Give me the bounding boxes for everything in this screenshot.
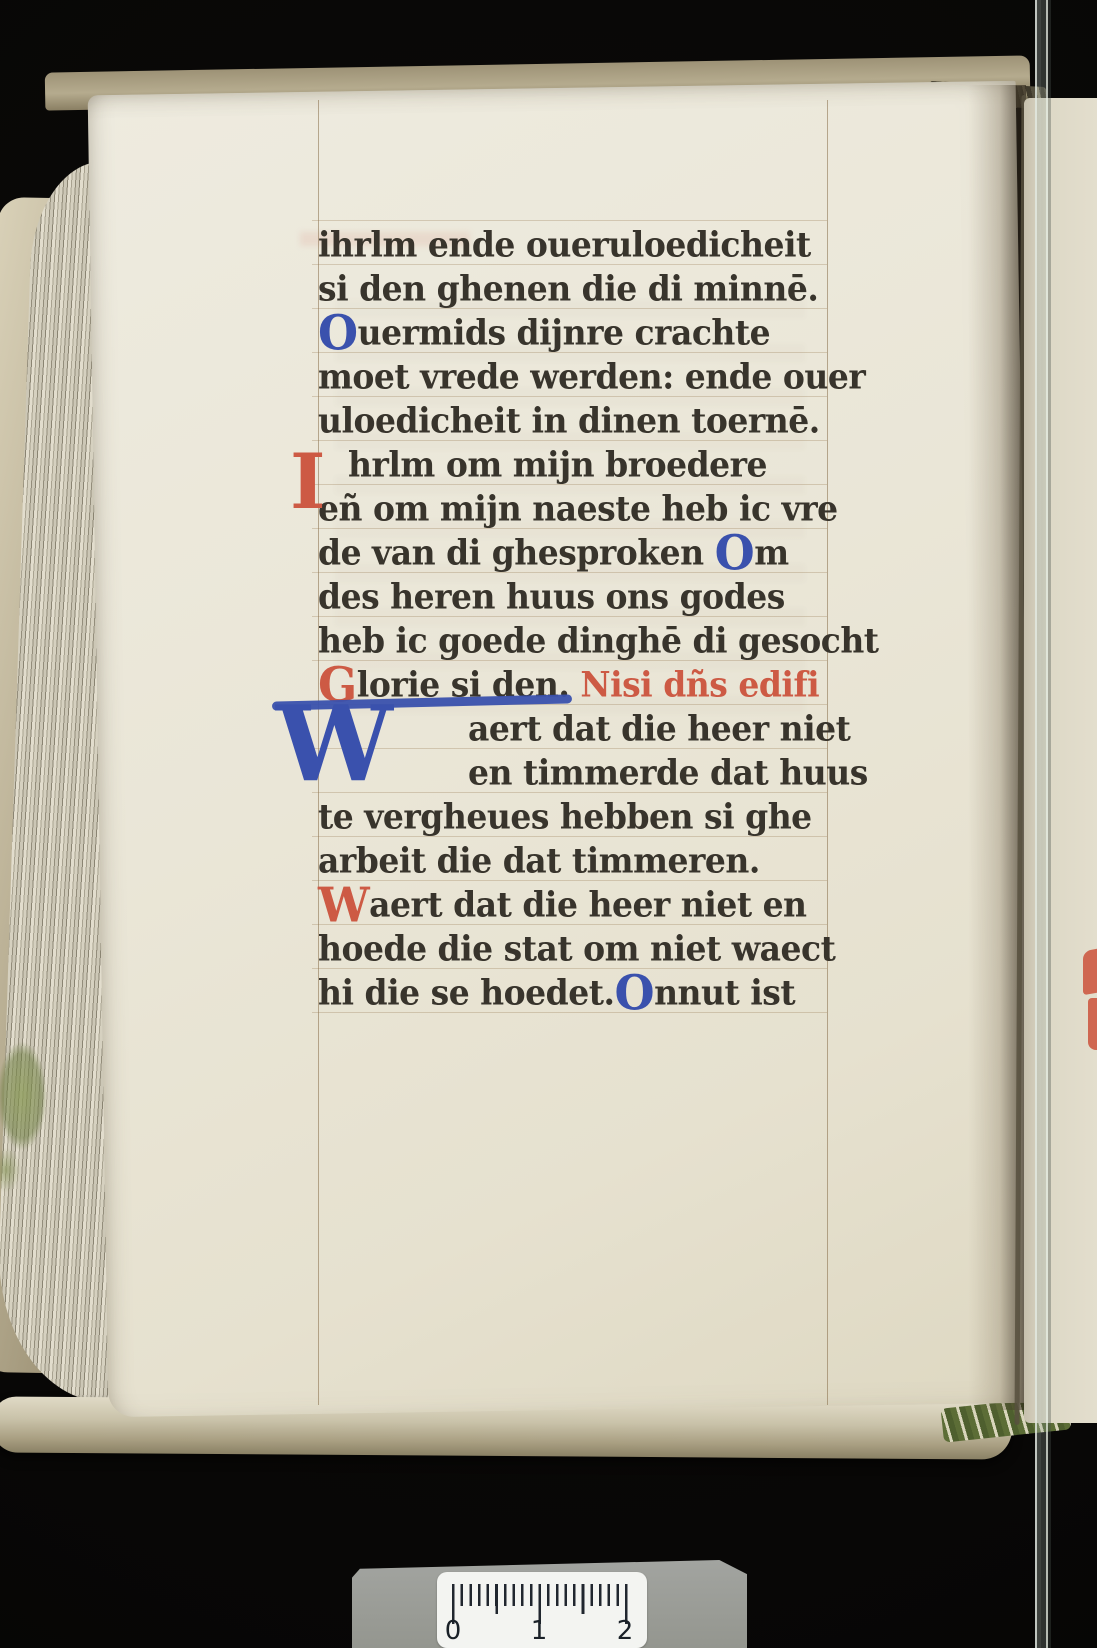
manuscript-text-segment: moet vrede werden: ende ouer: [318, 356, 865, 397]
manuscript-line: hoede die stat om niet waect: [318, 926, 833, 972]
illuminated-initial-i: I: [290, 436, 326, 528]
text-block: ihrlm ende oueruloedicheitsi den ghenen …: [318, 222, 833, 1014]
manuscript-line: hrlm om mijn broedere: [318, 442, 833, 488]
manuscript-line: en timmerde dat huus: [318, 750, 833, 796]
manuscript-text-segment: hrlm om mijn broedere: [348, 444, 767, 485]
ruler-sticker: 0 1 2: [437, 1572, 647, 1648]
manuscript-line: si den ghenen die di minnē.: [318, 266, 833, 312]
manuscript-line: te vergheues hebben si ghe: [318, 794, 833, 840]
manuscript-text-segment: de van di ghesproken: [318, 532, 715, 573]
illuminated-initial-w: W: [276, 684, 393, 804]
manuscript-text-segment: si den ghenen die di minnē.: [318, 268, 818, 309]
manuscript-line: eñ om mijn naeste heb ic vre: [318, 486, 833, 532]
manuscript-text-segment: aert dat die heer niet en: [369, 884, 806, 925]
manuscript-text-segment: en timmerde dat huus: [468, 752, 868, 793]
manuscript-line: arbeit die dat timmeren.: [318, 838, 833, 884]
scale-bar-card: 0 1 2: [352, 1560, 747, 1648]
manuscript-text-segment: eñ om mijn naeste heb ic vre: [318, 488, 838, 529]
manuscript-line: ihrlm ende oueruloedicheit: [318, 222, 833, 268]
illuminated-initial: O: [715, 530, 755, 576]
ruler-label-1: 1: [526, 1616, 552, 1646]
manuscript-line: de van di ghesproken Om: [318, 530, 833, 576]
manuscript-line: uloedicheit in dinen toernē.: [318, 398, 833, 444]
illuminated-initial: O: [318, 310, 358, 356]
manuscript-line: Waert dat die heer niet en: [318, 882, 833, 928]
facing-page-red-initial-fragment: [1083, 949, 1097, 995]
manuscript-line: hi die se hoedet.Onnut ist: [318, 970, 833, 1016]
manuscript-text-segment: uermids dijnre crachte: [358, 312, 771, 353]
glass-weight-strip: [1035, 0, 1051, 1648]
manuscript-photo: ihrlm ende oueruloedicheitsi den ghenen …: [0, 0, 1097, 1648]
manuscript-text-segment: ihrlm ende oueruloedicheit: [318, 224, 811, 265]
manuscript-line: des heren huus ons godes: [318, 574, 833, 620]
manuscript-text-segment: des heren huus ons godes: [318, 576, 785, 617]
manuscript-line: Ouermids dijnre crachte: [318, 310, 833, 356]
manuscript-text-segment: nnut ist: [654, 972, 795, 1013]
manuscript-text-segment: Nisi dñs edifi: [580, 664, 819, 705]
illuminated-initial: W: [318, 882, 369, 928]
manuscript-line: aert dat die heer niet: [318, 706, 833, 752]
facing-page-red-initial-fragment: [1088, 998, 1097, 1050]
manuscript-text-segment: aert dat die heer niet: [468, 708, 850, 749]
illuminated-initial: O: [614, 970, 654, 1016]
manuscript-text-segment: uloedicheit in dinen toernē.: [318, 400, 820, 441]
manuscript-text-segment: m: [754, 532, 788, 573]
manuscript-text-segment: hi die se hoedet.: [318, 972, 614, 1013]
manuscript-line: heb ic goede dinghē di gesocht: [318, 618, 833, 664]
manuscript-text-segment: hoede die stat om niet waect: [318, 928, 835, 969]
ruler-label-0: 0: [440, 1616, 466, 1646]
manuscript-line: moet vrede werden: ende ouer: [318, 354, 833, 400]
manuscript-text-segment: heb ic goede dinghē di gesocht: [318, 620, 879, 661]
ruler-label-2: 2: [612, 1616, 638, 1646]
manuscript-text-segment: arbeit die dat timmeren.: [318, 840, 760, 881]
